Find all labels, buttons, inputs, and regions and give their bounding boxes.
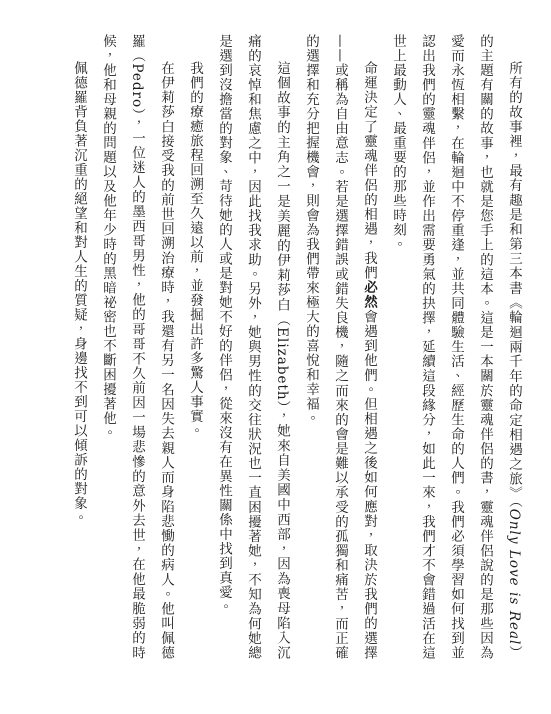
paragraph: 我們的療癒旅程回溯至久遠以前，並發掘出許多驚人事實。 <box>180 34 209 660</box>
paragraph: 在伊莉莎白接受我的前世回溯治療時，我還有另一名因失去親人而身陷悲慟的病人。他叫佩… <box>93 34 180 660</box>
text-segment: 所有的故事裡，最有趣是和第三本書《輪迴兩千年的命定相遇之旅》（ <box>506 61 522 509</box>
book-page: 所有的故事裡，最有趣是和第三本書《輪迴兩千年的命定相遇之旅》（Only Love… <box>0 0 551 714</box>
paragraph: 這個故事的主角之一是美麗的伊莉莎白（Elizabeth），她來自美國中西部，因為… <box>209 34 296 660</box>
text-segment: Only Love is Real <box>506 509 522 646</box>
text-segment: 這個故事的主角之一是美麗的伊莉莎白（Elizabeth），她來自美國中西部，因為… <box>216 34 290 660</box>
text-segment: 命運決定了靈魂伴侶的相遇，我們 <box>361 61 377 280</box>
paragraph: 命運決定了靈魂伴侶的相遇，我們必然會遇到他們。但相遇之後如何應對，取決於我們的選… <box>296 34 383 660</box>
paragraph: 所有的故事裡，最有趣是和第三本書《輪迴兩千年的命定相遇之旅》（Only Love… <box>383 34 528 660</box>
text-segment: 必然 <box>361 280 377 309</box>
paragraph: 佩德羅背負著沉重的絕望和對人生的質疑，身邊找不到可以傾訴的對象。 <box>64 34 93 660</box>
text-segment: 在伊莉莎白接受我的前世回溯治療時，我還有另一名因失去親人而身陷悲慟的病人。他叫佩… <box>100 34 174 660</box>
text-block: 所有的故事裡，最有趣是和第三本書《輪迴兩千年的命定相遇之旅》（Only Love… <box>64 34 528 660</box>
text-segment: ）的主題有關的故事，也就是您手上的這本。這是一本關於靈魂伴侶的書，靈魂伴侶說的是… <box>390 34 522 660</box>
text-segment: 我們的療癒旅程回溯至久遠以前，並發掘出許多驚人事實。 <box>187 61 203 438</box>
text-segment: 佩德羅背負著沉重的絕望和對人生的質疑，身邊找不到可以傾訴的對象。 <box>71 61 87 525</box>
